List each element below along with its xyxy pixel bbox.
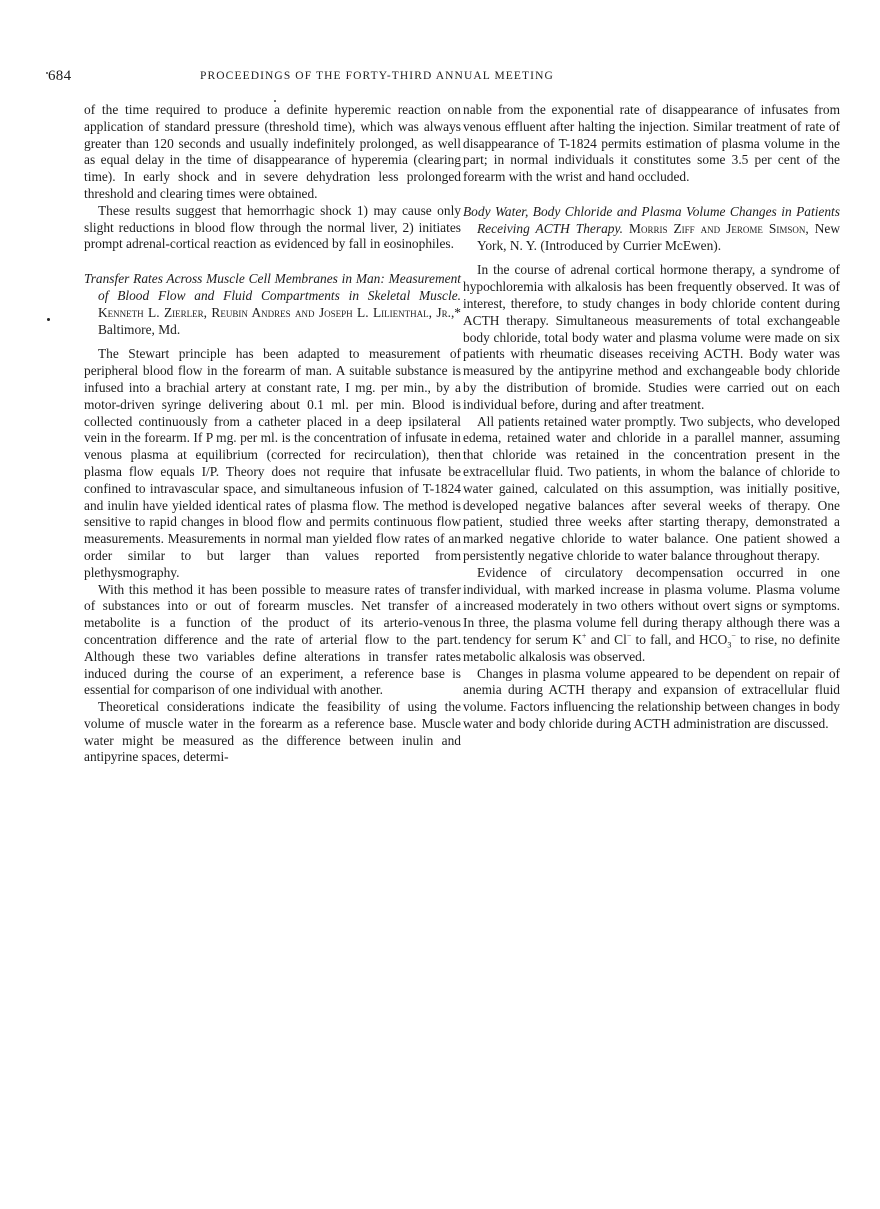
abstract-authors: Morris Ziff and Jerome Simson, xyxy=(629,221,809,236)
continued-paragraph: nable from the exponential rate of disap… xyxy=(463,102,840,186)
continued-paragraph: of the time required to produce a defini… xyxy=(84,102,461,203)
abstract-paragraph: The Stewart principle has been adapted t… xyxy=(84,346,461,581)
abstract-introduced-by: (Introduced by Currier McEwen). xyxy=(540,238,721,253)
running-head: PROCEEDINGS OF THE FORTY-THIRD ANNUAL ME… xyxy=(200,70,554,82)
abstract-paragraph: With this method it has been possible to… xyxy=(84,582,461,700)
abstract-paragraph: Theoretical considerations indicate the … xyxy=(84,699,461,766)
chloride-ion: Cl xyxy=(614,632,627,647)
left-column: of the time required to produce a defini… xyxy=(84,102,461,766)
abstract-heading-transfer-rates: Transfer Rates Across Muscle Cell Membra… xyxy=(84,271,461,338)
abstract-paragraph: In the course of adrenal cortical hormon… xyxy=(463,262,840,413)
abstract-location: Baltimore, Md. xyxy=(98,322,180,337)
abstract-authors: Kenneth L. Zierler, Reubin Andres and Jo… xyxy=(98,305,461,320)
ion-subscript: 3 xyxy=(727,641,731,650)
abstract-heading-body-water: Body Water, Body Chloride and Plasma Vol… xyxy=(463,204,840,254)
abstract-paragraph-electrolytes: Evidence of circulatory decompensation o… xyxy=(463,565,840,666)
potassium-ion: K xyxy=(572,632,582,647)
text-run: to fall, and xyxy=(631,632,699,647)
page-header: 684 PROCEEDINGS OF THE FORTY-THIRD ANNUA… xyxy=(48,68,838,88)
right-column: nable from the exponential rate of disap… xyxy=(463,102,840,733)
conclusion-paragraph: These results suggest that hemorrhagic s… xyxy=(84,203,461,253)
bicarbonate-ion: HCO xyxy=(699,632,727,647)
abstract-paragraph: Changes in plasma volume appeared to be … xyxy=(463,666,840,733)
page-number: 684 xyxy=(48,68,71,85)
abstract-title: Transfer Rates Across Muscle Cell Membra… xyxy=(84,271,461,303)
abstract-paragraph: All patients retained water promptly. Tw… xyxy=(463,414,840,565)
text-run: and xyxy=(586,632,614,647)
margin-bullet xyxy=(47,318,50,321)
